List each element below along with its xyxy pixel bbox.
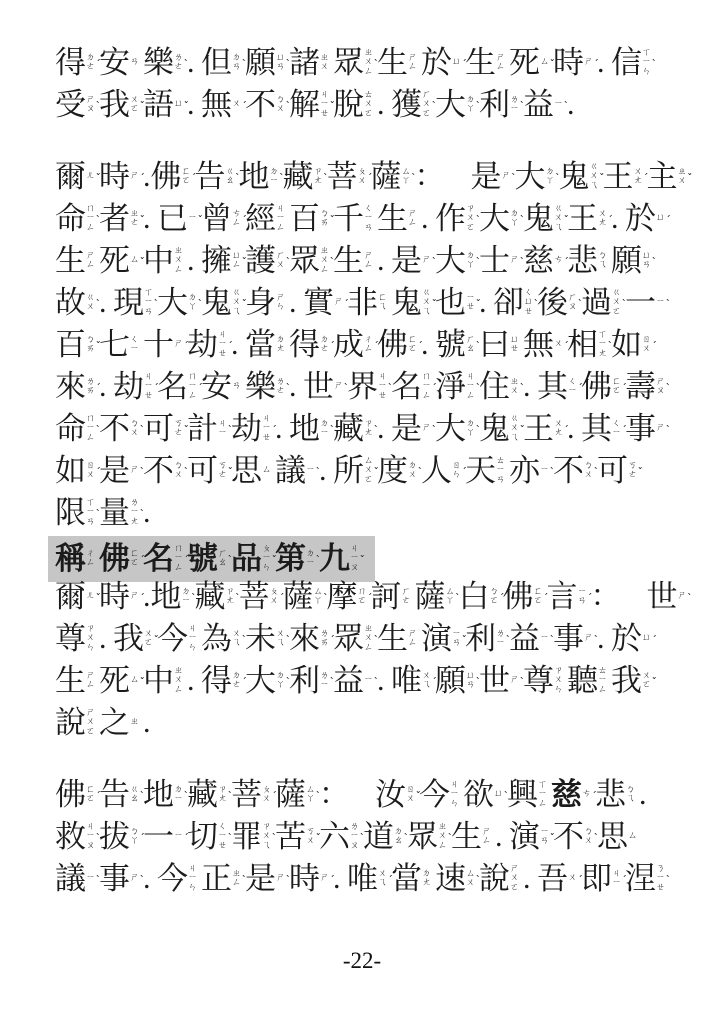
hanzi-syllable: 不ㄅㄨˋ bbox=[143, 452, 187, 490]
hanzi-char: 可 bbox=[143, 410, 174, 448]
zhuyin-letters: ㄌㄧㄤ bbox=[130, 499, 139, 528]
hanzi-char: 薩 bbox=[415, 578, 446, 616]
zhuyin-annotation: ㄕˊ bbox=[174, 326, 187, 364]
hanzi-syllable: 名ㄇㄧㄥˊ bbox=[143, 540, 187, 578]
hanzi-syllable: 佛ㄈㄛˊ bbox=[581, 368, 625, 406]
hanzi-syllable: 利ㄌㄧˋ bbox=[289, 662, 333, 700]
zhuyin-tone-mark: ˇ bbox=[462, 635, 468, 646]
zhuyin-letters: ㄩㄝ bbox=[510, 336, 519, 355]
hanzi-char: 但 bbox=[201, 44, 232, 82]
zhuyin-annotation: ㄧˋ bbox=[364, 662, 377, 700]
punctuation: . bbox=[639, 776, 653, 814]
zhuyin-letters: ㄉㄢ bbox=[232, 54, 241, 73]
zhuyin-annotation: ㄓㄨㄥˋ bbox=[364, 620, 377, 658]
hanzi-syllable: 生ㄕㄥ bbox=[333, 242, 377, 280]
zhuyin-annotation: ㄈㄛˊ bbox=[612, 368, 625, 406]
zhuyin-letters: ㄉㄧ bbox=[306, 550, 315, 569]
zhuyin-annotation: ㄗㄤˋ bbox=[314, 158, 327, 196]
hanzi-char: 一 bbox=[625, 284, 656, 322]
zhuyin-annotation: ㄕˋ bbox=[422, 410, 435, 448]
zhuyin-annotation: ㄒㄧㄤˋ bbox=[598, 326, 611, 364]
hanzi-syllable: 獲ㄏㄨㄛˋ bbox=[391, 86, 435, 124]
hanzi-char: 悲 bbox=[595, 776, 626, 814]
hanzi-syllable: 生ㄕㄥ bbox=[465, 44, 509, 82]
zhuyin-annotation: ㄩˋ bbox=[494, 776, 507, 814]
zhuyin-tone-mark: ˋ bbox=[286, 383, 292, 394]
zhuyin-tone-mark: ˋ bbox=[360, 833, 366, 844]
hanzi-syllable: 爾ㄦˇ bbox=[55, 578, 99, 616]
zhuyin-tone-mark: ˋ bbox=[404, 833, 410, 844]
zhuyin-annotation: ㄓㄨˋ bbox=[510, 368, 523, 406]
hanzi-char: 樂 bbox=[143, 44, 174, 82]
hanzi-char: 生 bbox=[333, 242, 364, 280]
zhuyin-annotation: ㄍㄨㄛˋ bbox=[612, 284, 625, 322]
hanzi-syllable: 天ㄊㄧㄢ bbox=[465, 452, 509, 490]
zhuyin-tone-mark: ˇ bbox=[599, 173, 605, 184]
zhuyin-letters: ㄅㄛ bbox=[490, 588, 499, 607]
hanzi-syllable: 可ㄎㄜˇ bbox=[597, 452, 641, 490]
zhuyin-annotation: ㄧˊ bbox=[174, 818, 187, 856]
hanzi-char: 我 bbox=[611, 662, 642, 700]
hanzi-syllable: 安ㄢ bbox=[99, 44, 143, 82]
hanzi-syllable: 汝ㄖㄨˇ bbox=[375, 776, 419, 814]
zhuyin-tone-mark: ˋ bbox=[140, 467, 146, 478]
text-line: 故ㄍㄨˋ.現ㄒㄧㄢˋ大ㄉㄚˋ鬼ㄍㄨㄟˇ身ㄕㄣ.實ㄕˊ非ㄈㄟ鬼ㄍㄨㄟˇ也ㄧㄝˇ.卻… bbox=[55, 284, 688, 326]
zhuyin-letters: ㄗㄤ bbox=[364, 420, 373, 439]
zhuyin-letters: ㄍㄨㄟ bbox=[590, 163, 599, 192]
zhuyin-letters: ㄦ bbox=[86, 592, 95, 602]
zhuyin-tone-mark: ˋ bbox=[520, 677, 526, 688]
hanzi-syllable: 爾ㄦˇ bbox=[55, 158, 99, 196]
zhuyin-letters: ㄐㄧ bbox=[612, 870, 621, 889]
zhuyin-tone-mark: ˇ bbox=[520, 425, 526, 436]
hanzi-syllable: 成ㄔㄥˊ bbox=[333, 326, 377, 364]
hanzi-syllable: 眾ㄓㄨㄥˋ bbox=[407, 818, 451, 856]
hanzi-syllable: 來ㄌㄞˊ bbox=[289, 620, 333, 658]
zhuyin-letters: ㄔㄥ bbox=[364, 336, 373, 355]
zhuyin-tone-mark: ˋ bbox=[96, 101, 102, 112]
zhuyin-annotation: ㄧˋ bbox=[554, 86, 567, 124]
hanzi-char: 地 bbox=[239, 158, 270, 196]
zhuyin-annotation: ㄏㄜ bbox=[402, 578, 415, 616]
zhuyin-letters: ㄙㄚ bbox=[306, 786, 315, 805]
hanzi-syllable: 眾ㄓㄨㄥˋ bbox=[333, 44, 377, 82]
hanzi-char: 說 bbox=[55, 704, 86, 742]
zhuyin-annotation: ㄔㄥ bbox=[86, 540, 99, 578]
hanzi-syllable: 如ㄖㄨˊ bbox=[611, 326, 655, 364]
text-line: 百ㄅㄞˇ七ㄑㄧ十ㄕˊ劫ㄐㄧㄝˊ.當ㄉㄤ得ㄉㄜˊ成ㄔㄥˊ佛ㄈㄛˊ.號ㄏㄠˋ曰ㄩㄝ無… bbox=[55, 326, 688, 368]
zhuyin-annotation: ㄇㄧㄥˊ bbox=[174, 540, 187, 578]
zhuyin-letters: ㄎㄨ bbox=[306, 828, 315, 847]
hanzi-syllable: 劫ㄐㄧㄝˊ bbox=[231, 410, 275, 448]
hanzi-char: 佛 bbox=[99, 540, 130, 578]
hanzi-char: 王 bbox=[523, 410, 554, 448]
zhuyin-letters: ㄗㄤ bbox=[218, 786, 227, 805]
zhuyin-annotation: ㄑㄧ bbox=[130, 326, 143, 364]
zhuyin-annotation: ㄅㄚˊ bbox=[130, 818, 143, 856]
hanzi-syllable: 中ㄓㄨㄥ bbox=[143, 242, 187, 280]
hanzi-char: 佛 bbox=[581, 368, 612, 406]
zhuyin-letters: ㄢ bbox=[232, 382, 241, 392]
zhuyin-letters: ㄧ bbox=[188, 214, 197, 224]
hanzi-char: 願 bbox=[611, 242, 642, 280]
zhuyin-tone-mark: ˋ bbox=[96, 215, 102, 226]
hanzi-syllable: 為ㄨㄟˋ bbox=[201, 620, 245, 658]
hanzi-char: 利 bbox=[479, 86, 510, 124]
hanzi-syllable: 我ㄨㄛˇ bbox=[611, 662, 655, 700]
zhuyin-tone-mark: ˊ bbox=[242, 677, 248, 688]
zhuyin-tone-mark: ˊ bbox=[462, 467, 468, 478]
zhuyin-letters: ㄍㄠ bbox=[130, 786, 139, 805]
zhuyin-tone-mark: ˇ bbox=[96, 341, 102, 352]
zhuyin-annotation: ㄕㄥ bbox=[482, 818, 495, 856]
zhuyin-annotation: ㄅㄟ bbox=[598, 242, 611, 280]
zhuyin-annotation: ㄌㄞˊ bbox=[320, 620, 333, 658]
hanzi-char: 已 bbox=[157, 200, 188, 238]
hanzi-char: 實 bbox=[303, 284, 334, 322]
zhuyin-letters: ㄅㄨ bbox=[174, 462, 183, 481]
hanzi-syllable: 拔ㄅㄚˊ bbox=[99, 818, 143, 856]
text-line: 得ㄉㄜˊ安ㄢ樂ㄌㄜˋ.但ㄉㄢˋ願ㄩㄢˋ諸ㄓㄨ眾ㄓㄨㄥˋ生ㄕㄥ於ㄩˊ生ㄕㄥ死ㄙˇ時… bbox=[55, 44, 688, 86]
zhuyin-tone-mark: ˋ bbox=[594, 635, 600, 646]
zhuyin-letters: ㄐㄧㄥ bbox=[276, 205, 285, 234]
zhuyin-tone-mark: ˊ bbox=[96, 467, 102, 478]
zhuyin-annotation: ㄨㄟˋ bbox=[232, 620, 245, 658]
hanzi-char: 薩 bbox=[283, 578, 314, 616]
zhuyin-annotation: ㄊㄨㄛ bbox=[364, 86, 377, 124]
hanzi-char: 事 bbox=[99, 860, 130, 898]
zhuyin-letters: ㄇㄧㄥ bbox=[86, 205, 95, 234]
hanzi-syllable: 劫ㄐㄧㄝˊ bbox=[187, 326, 231, 364]
zhuyin-tone-mark: ˊ bbox=[622, 425, 628, 436]
hanzi-syllable: 益ㄧˋ bbox=[523, 86, 567, 124]
zhuyin-letters: ㄕㄥ bbox=[86, 252, 95, 271]
zhuyin-letters: ㄑㄧㄢ bbox=[364, 205, 373, 234]
zhuyin-annotation: ㄍㄠˋ bbox=[226, 158, 239, 196]
zhuyin-annotation: ㄙˇ bbox=[130, 242, 143, 280]
zhuyin-tone-mark: ˋ bbox=[242, 635, 248, 646]
zhuyin-annotation: ㄕˋ bbox=[502, 158, 515, 196]
zhuyin-annotation: ㄈㄛˊ bbox=[130, 540, 143, 578]
hanzi-syllable: 世ㄕˋ bbox=[479, 662, 523, 700]
sutra-text: 得ㄉㄜˊ安ㄢ樂ㄌㄜˋ.但ㄉㄢˋ願ㄩㄢˋ諸ㄓㄨ眾ㄓㄨㄥˋ生ㄕㄥ於ㄩˊ生ㄕㄥ死ㄙˇ時… bbox=[0, 0, 724, 902]
zhuyin-letters: ㄕ bbox=[584, 58, 593, 68]
zhuyin-letters: ㄨㄛ bbox=[130, 96, 139, 115]
hanzi-syllable: 悲ㄅㄟ bbox=[595, 776, 639, 814]
hanzi-syllable: 王ㄨㄤˊ bbox=[603, 158, 647, 196]
hanzi-char: 告 bbox=[99, 776, 130, 814]
zhuyin-letters: ㄇㄧㄥ bbox=[188, 373, 197, 402]
zhuyin-tone-mark: ˋ bbox=[286, 635, 292, 646]
zhuyin-tone-mark: ˋ bbox=[374, 677, 380, 688]
hanzi-char: 可 bbox=[597, 452, 628, 490]
zhuyin-tone-mark: ˋ bbox=[228, 833, 234, 844]
zhuyin-letters: ㄗㄤ bbox=[226, 588, 235, 607]
zhuyin-letters: ㄉㄧ bbox=[320, 420, 329, 439]
zhuyin-letters: ㄉㄜ bbox=[86, 54, 95, 73]
zhuyin-letters: ㄅㄟ bbox=[598, 252, 607, 271]
hanzi-char: 後 bbox=[537, 284, 568, 322]
hanzi-char: 曾 bbox=[201, 200, 232, 238]
zhuyin-letters: ㄕ bbox=[502, 172, 511, 182]
zhuyin-letters: ㄍㄨㄟ bbox=[422, 289, 431, 318]
zhuyin-tone-mark: ˇ bbox=[550, 59, 556, 70]
hanzi-char: 演 bbox=[509, 818, 540, 856]
hanzi-char: 命 bbox=[55, 200, 86, 238]
zhuyin-annotation: ㄓㄨ bbox=[320, 44, 333, 82]
zhuyin-annotation: ㄕˋ bbox=[276, 860, 289, 898]
zhuyin-annotation: ㄙ bbox=[262, 452, 275, 490]
hanzi-char: 速 bbox=[435, 860, 466, 898]
punctuation: . bbox=[567, 410, 581, 448]
hanzi-syllable: 苦ㄎㄨˇ bbox=[275, 818, 319, 856]
zhuyin-annotation: ㄐㄧˋ bbox=[218, 410, 231, 448]
hanzi-syllable: 百ㄅㄞˇ bbox=[289, 200, 333, 238]
zhuyin-letters: ㄈㄛ bbox=[612, 378, 621, 397]
zhuyin-letters: ㄙㄚ bbox=[402, 168, 411, 187]
zhuyin-tone-mark: ˊ bbox=[330, 875, 336, 886]
zhuyin-letters: ㄕ bbox=[334, 298, 343, 308]
hanzi-syllable: 思ㄙ bbox=[597, 818, 641, 856]
hanzi-char: 稱 bbox=[55, 540, 86, 578]
hanzi-syllable: 得ㄉㄜˊ bbox=[289, 326, 333, 364]
hanzi-char: 人 bbox=[421, 452, 452, 490]
zhuyin-letters: ㄨ bbox=[232, 100, 241, 110]
hanzi-char: 相 bbox=[567, 326, 598, 364]
zhuyin-letters: ㄘㄥ bbox=[232, 210, 241, 229]
zhuyin-tone-mark: ˋ bbox=[286, 59, 292, 70]
hanzi-syllable: 第ㄉㄧˋ bbox=[275, 540, 319, 578]
zhuyin-letters: ㄎㄜ bbox=[628, 462, 637, 481]
hanzi-syllable: 願ㄩㄢˋ bbox=[435, 662, 479, 700]
punctuation: ： bbox=[319, 776, 349, 814]
hanzi-char: 第 bbox=[275, 540, 306, 578]
hanzi-syllable: 薩ㄙㄚˋ bbox=[415, 578, 459, 616]
hanzi-char: 百 bbox=[55, 326, 86, 364]
zhuyin-letters: ㄐㄧㄝ bbox=[320, 91, 329, 120]
zhuyin-annotation: ㄨㄤˊ bbox=[554, 410, 567, 448]
zhuyin-annotation: ㄉㄚˋ bbox=[546, 158, 559, 196]
hanzi-syllable: 事ㄕˋ bbox=[625, 410, 669, 448]
hanzi-syllable: 思ㄙ bbox=[231, 452, 275, 490]
hanzi-char: 故 bbox=[55, 284, 86, 322]
zhuyin-letters: ㄌㄧ bbox=[510, 96, 519, 115]
hanzi-char: 壽 bbox=[625, 368, 656, 406]
hanzi-syllable: 薩ㄙㄚˋ bbox=[371, 158, 415, 196]
hanzi-char: 摩 bbox=[327, 578, 358, 616]
zhuyin-tone-mark: ˊ bbox=[242, 101, 248, 112]
zhuyin-letters: ㄐㄧㄣ bbox=[188, 865, 197, 894]
hanzi-syllable: 是ㄕˋ bbox=[471, 158, 515, 196]
zhuyin-tone-mark: ˋ bbox=[316, 791, 322, 802]
hanzi-syllable: 名ㄇㄧㄥˊ bbox=[157, 368, 201, 406]
zhuyin-letters: ㄐㄧ bbox=[218, 420, 227, 439]
hanzi-char: 菩 bbox=[231, 776, 262, 814]
zhuyin-annotation: ㄦˇ bbox=[86, 158, 99, 196]
punctuation: ： bbox=[591, 578, 621, 616]
zhuyin-letters: ㄈㄛ bbox=[408, 336, 417, 355]
hanzi-char: 佛 bbox=[55, 776, 86, 814]
hanzi-char: 言 bbox=[547, 578, 578, 616]
punctuation: . bbox=[187, 86, 201, 124]
zhuyin-letters: ㄙㄨㄛ bbox=[364, 457, 373, 486]
zhuyin-letters: ㄩ bbox=[174, 100, 183, 110]
zhuyin-letters: ㄈㄟ bbox=[378, 294, 387, 313]
zhuyin-tone-mark: ˊ bbox=[279, 593, 285, 604]
zhuyin-tone-mark: ˋ bbox=[476, 425, 482, 436]
zhuyin-letters: ㄕ bbox=[422, 256, 431, 266]
zhuyin-tone-mark: ˊ bbox=[592, 791, 598, 802]
zhuyin-letters: ㄏㄨ bbox=[276, 252, 285, 271]
zhuyin-annotation: ㄓ bbox=[130, 704, 143, 742]
zhuyin-annotation: ㄨㄟˊ bbox=[378, 860, 391, 898]
hanzi-char: 信 bbox=[611, 44, 642, 82]
zhuyin-annotation: ㄉㄚˋ bbox=[188, 284, 201, 322]
zhuyin-letters: ㄕ bbox=[656, 424, 665, 434]
zhuyin-annotation: ㄅㄟ bbox=[626, 776, 639, 814]
hanzi-char: 議 bbox=[55, 860, 86, 898]
zhuyin-tone-mark: ˋ bbox=[344, 383, 350, 394]
zhuyin-annotation: ㄕˊ bbox=[130, 578, 143, 616]
zhuyin-tone-mark: ˊ bbox=[418, 341, 424, 352]
zhuyin-annotation: ㄧˋ bbox=[306, 452, 319, 490]
zhuyin-annotation: ㄇㄧㄥˋ bbox=[86, 410, 99, 448]
hanzi-char: 其 bbox=[581, 410, 612, 448]
zhuyin-annotation: ㄨㄟˋ bbox=[276, 620, 289, 658]
text-line: 命ㄇㄧㄥˋ不ㄅㄨˋ可ㄎㄜˇ計ㄐㄧˋ劫ㄐㄧㄝˊ.地ㄉㄧˋ藏ㄗㄤˋ.是ㄕˋ大ㄉㄚˋ鬼… bbox=[55, 410, 688, 452]
hanzi-syllable: 號ㄏㄠˋ bbox=[435, 326, 479, 364]
zhuyin-annotation: ㄧˇ bbox=[188, 200, 201, 238]
hanzi-char: 名 bbox=[157, 368, 188, 406]
zhuyin-letters: ㄐㄧㄣ bbox=[450, 781, 459, 810]
zhuyin-tone-mark: ˇ bbox=[140, 257, 146, 268]
text-line: 稱ㄔㄥ佛ㄈㄛˊ名ㄇㄧㄥˊ號ㄏㄠˋ品ㄆㄧㄣˇ第ㄉㄧˋ九ㄐㄧㄡˇ bbox=[55, 536, 688, 578]
zhuyin-letters: ㄆㄧㄣ bbox=[262, 545, 271, 574]
zhuyin-tone-mark: ˋ bbox=[511, 173, 517, 184]
punctuation: . bbox=[421, 326, 435, 364]
hanzi-char: 計 bbox=[187, 410, 218, 448]
hanzi-char: 號 bbox=[435, 326, 466, 364]
hanzi-char: 救 bbox=[55, 818, 86, 856]
hanzi-char: 九 bbox=[319, 540, 350, 578]
zhuyin-letters: ㄉㄜ bbox=[232, 672, 241, 691]
zhuyin-annotation: ㄅㄨˋ bbox=[130, 410, 143, 448]
zhuyin-annotation: ㄨㄛˇ bbox=[642, 662, 655, 700]
zhuyin-annotation: ㄌㄧㄡˋ bbox=[350, 818, 363, 856]
zhuyin-annotation: ㄨㄛˇ bbox=[130, 86, 143, 124]
hanzi-char: 我 bbox=[99, 86, 130, 124]
hanzi-syllable: 者ㄓㄜˇ bbox=[99, 200, 143, 238]
zhuyin-annotation: ㄆㄨˊ bbox=[270, 578, 283, 616]
zhuyin-annotation: ㄈㄟ bbox=[378, 284, 391, 322]
zhuyin-annotation: ㄇㄧㄥˋ bbox=[86, 200, 99, 238]
hanzi-char: 利 bbox=[289, 662, 320, 700]
hanzi-syllable: 解ㄐㄧㄝˇ bbox=[289, 86, 333, 124]
hanzi-syllable: 得ㄉㄜˊ bbox=[201, 662, 245, 700]
zhuyin-annotation: ㄉㄚˋ bbox=[510, 200, 523, 238]
zhuyin-tone-mark: ˋ bbox=[411, 173, 417, 184]
hanzi-char: 主 bbox=[647, 158, 678, 196]
hanzi-char: 士 bbox=[479, 242, 510, 280]
zhuyin-letters: ㄘ bbox=[582, 790, 591, 800]
hanzi-char: 藏 bbox=[187, 776, 218, 814]
hanzi-syllable: 也ㄧㄝˇ bbox=[435, 284, 479, 322]
hanzi-char: 經 bbox=[245, 200, 276, 238]
zhuyin-tone-mark: ˇ bbox=[564, 215, 570, 226]
zhuyin-annotation: ㄕˋ bbox=[510, 242, 523, 280]
hanzi-char: 薩 bbox=[275, 776, 306, 814]
hanzi-char: 六 bbox=[319, 818, 350, 856]
zhuyin-tone-mark: ˋ bbox=[374, 425, 380, 436]
punctuation: . bbox=[523, 368, 537, 406]
hanzi-syllable: 利ㄌㄧˋ bbox=[465, 620, 509, 658]
zhuyin-letters: ㄌㄞ bbox=[86, 378, 95, 397]
hanzi-char: 千 bbox=[333, 200, 364, 238]
punctuation: . bbox=[377, 410, 391, 448]
hanzi-char: 演 bbox=[421, 620, 452, 658]
zhuyin-tone-mark: ˋ bbox=[520, 101, 526, 112]
zhuyin-annotation: ㄑㄧㄢ bbox=[364, 200, 377, 238]
hanzi-syllable: 時ㄕˊ bbox=[289, 860, 333, 898]
hanzi-syllable: 於ㄩˊ bbox=[611, 620, 655, 658]
zhuyin-tone-mark: ˋ bbox=[550, 635, 556, 646]
zhuyin-letters: ㄇㄛ bbox=[358, 588, 367, 607]
hanzi-syllable: 王ㄨㄤˊ bbox=[523, 410, 567, 448]
zhuyin-tone-mark: ˇ bbox=[360, 555, 366, 566]
zhuyin-annotation: ㄍㄨˋ bbox=[86, 284, 99, 322]
zhuyin-tone-mark: ˊ bbox=[388, 875, 394, 886]
hanzi-syllable: 利ㄌㄧˋ bbox=[479, 86, 523, 124]
zhuyin-annotation: ㄑㄧˊ bbox=[612, 410, 625, 448]
hanzi-char: 亦 bbox=[509, 452, 540, 490]
zhuyin-letters: ㄔㄥ bbox=[86, 550, 95, 569]
zhuyin-letters: ㄋㄧㄝ bbox=[656, 865, 665, 894]
zhuyin-annotation: ㄐㄧㄥˋ bbox=[466, 368, 479, 406]
zhuyin-annotation: ㄏㄠˋ bbox=[466, 326, 479, 364]
hanzi-syllable: 命ㄇㄧㄥˋ bbox=[55, 410, 99, 448]
hanzi-syllable: 稱ㄔㄥ bbox=[55, 540, 99, 578]
hanzi-syllable: 尊ㄗㄨㄣ bbox=[523, 662, 567, 700]
zhuyin-letters: ㄕㄥ bbox=[408, 54, 417, 73]
hanzi-char: 世 bbox=[647, 578, 678, 616]
zhuyin-annotation: ㄉㄚˋ bbox=[466, 242, 479, 280]
zhuyin-letters: ㄅㄨ bbox=[584, 462, 593, 481]
hanzi-char: 王 bbox=[603, 158, 634, 196]
hanzi-syllable: 事ㄕˋ bbox=[553, 620, 597, 658]
zhuyin-tone-mark: ˇ bbox=[330, 101, 336, 112]
hanzi-char: 來 bbox=[55, 368, 86, 406]
zhuyin-letters: ㄉㄧ bbox=[182, 588, 191, 607]
zhuyin-tone-mark: ˊ bbox=[96, 59, 102, 70]
zhuyin-tone-mark: ˋ bbox=[564, 101, 570, 112]
zhuyin-tone-mark: ˋ bbox=[96, 425, 102, 436]
hanzi-syllable: 住ㄓㄨˋ bbox=[479, 368, 523, 406]
hanzi-syllable: 於ㄩˊ bbox=[625, 200, 669, 238]
zhuyin-tone-mark: ˊ bbox=[140, 593, 146, 604]
zhuyin-letters: ㄈㄛ bbox=[130, 550, 139, 569]
zhuyin-annotation: ㄩㄥˇ bbox=[232, 242, 245, 280]
hanzi-syllable: 死ㄙˇ bbox=[509, 44, 553, 82]
zhuyin-annotation: ㄐㄧㄣ bbox=[188, 860, 201, 898]
hanzi-syllable: 言ㄧㄢˊ bbox=[547, 578, 591, 616]
zhuyin-annotation: ㄙㄚˋ bbox=[306, 776, 319, 814]
hanzi-char: 號 bbox=[187, 540, 218, 578]
hanzi-char: 唯 bbox=[391, 662, 422, 700]
zhuyin-tone-mark: ˋ bbox=[608, 341, 614, 352]
hanzi-char: 過 bbox=[581, 284, 612, 322]
hanzi-syllable: 劫ㄐㄧㄝˊ bbox=[113, 368, 157, 406]
hanzi-syllable: 薩ㄙㄚˋ bbox=[275, 776, 319, 814]
